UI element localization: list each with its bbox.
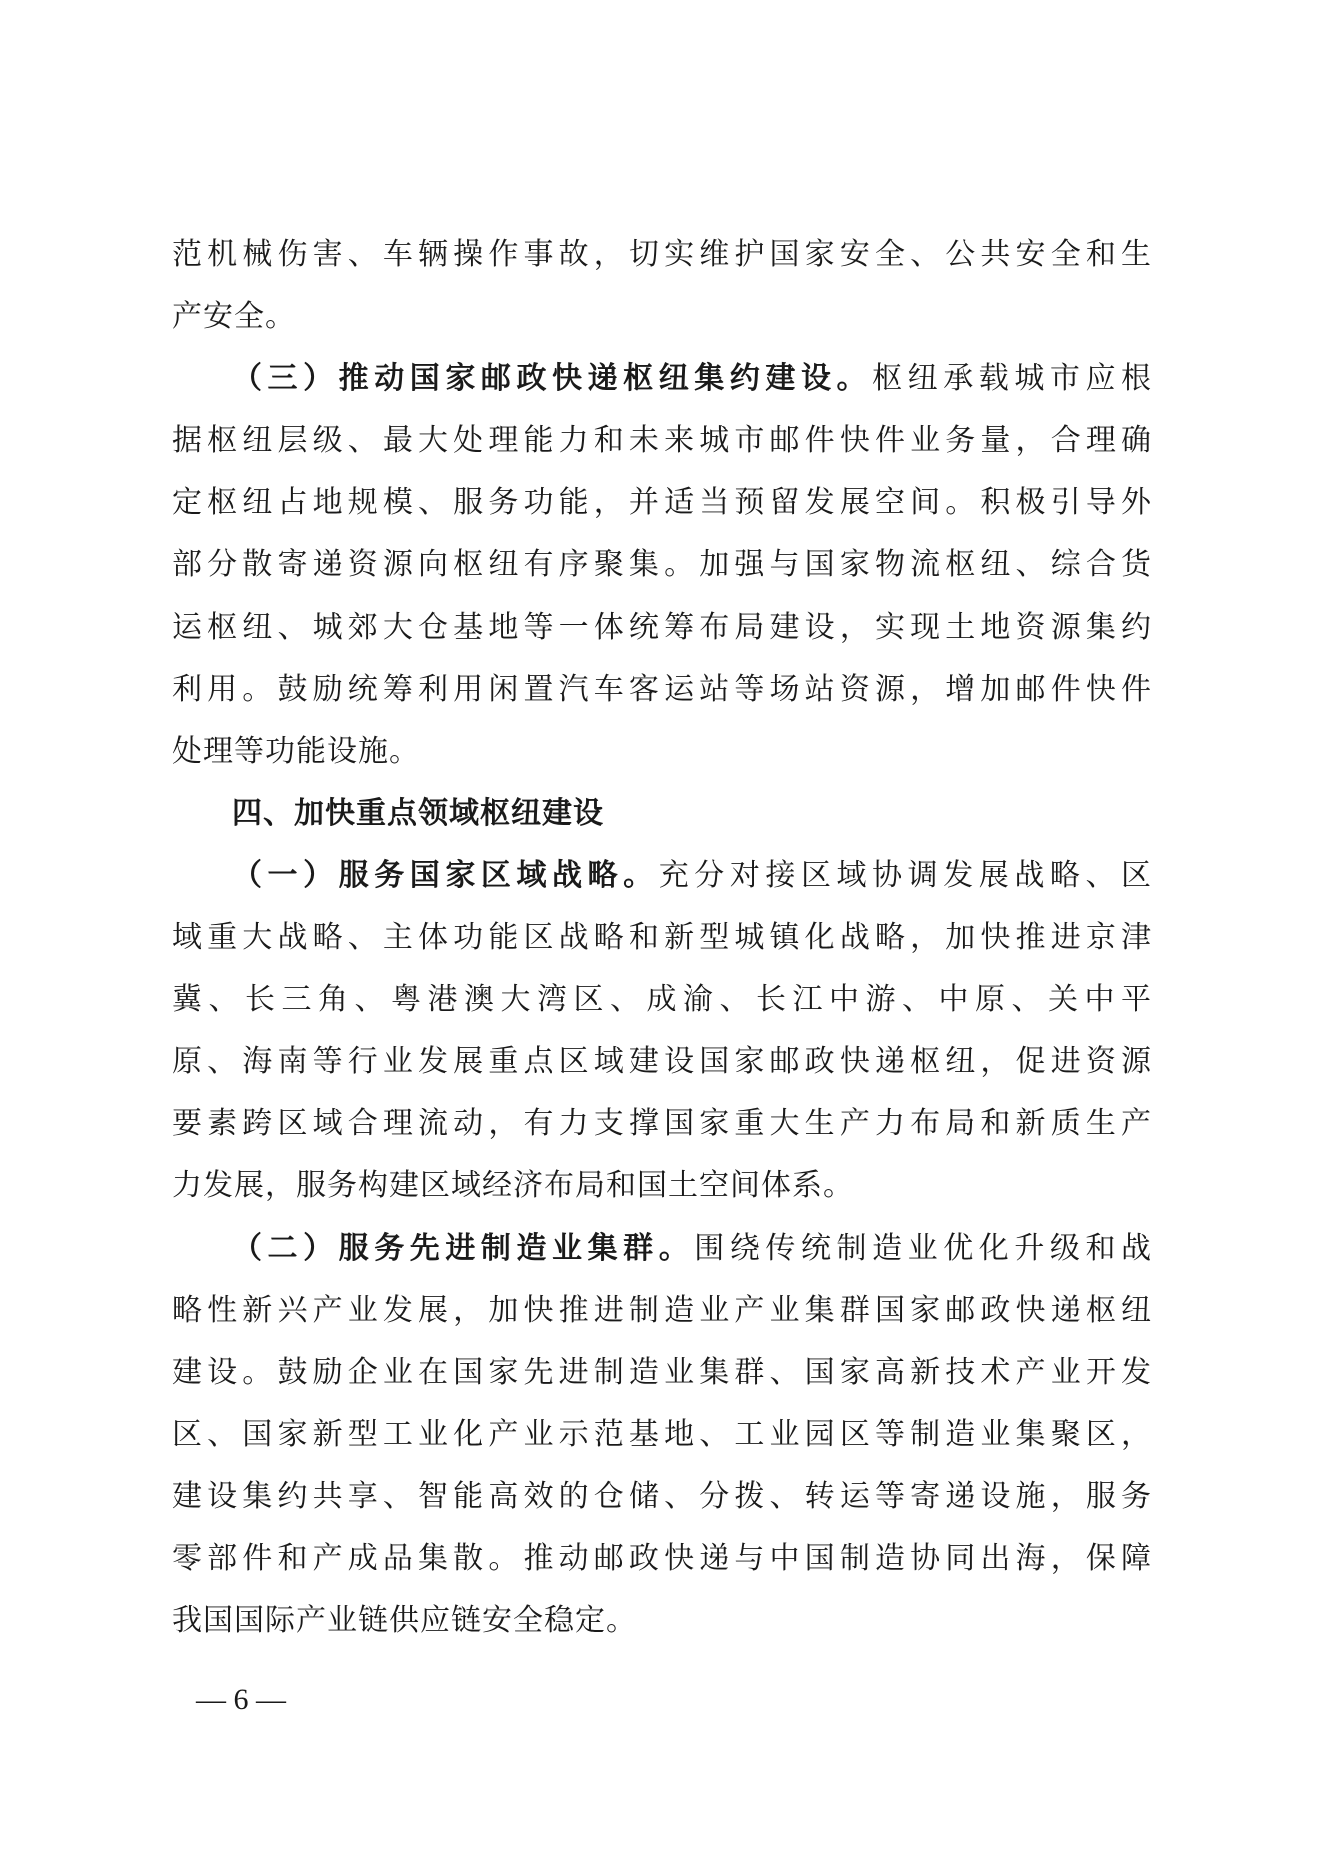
page-number: — 6 —: [196, 1680, 286, 1720]
document-page: 范机械伤害、车辆操作事故，切实维护国家安全、公共安全和生 产安全。 （三）推动国…: [0, 0, 1323, 1871]
paragraph-line: 零部件和产成品集散。推动邮政快递与中国制造协同出海，保障: [172, 1528, 1152, 1590]
document-body: 范机械伤害、车辆操作事故，切实维护国家安全、公共安全和生 产安全。 （三）推动国…: [172, 224, 1152, 1652]
section-2-title: （二）服务先进制造业集群。: [232, 1231, 694, 1266]
section-1-lead-line: （一）服务国家区域战略。充分对接区域协调发展战略、区: [172, 845, 1152, 907]
paragraph-line: 原、海南等行业发展重点区域建设国家邮政快递枢纽，促进资源: [172, 1031, 1152, 1093]
section-2-lead-line: （二）服务先进制造业集群。围绕传统制造业优化升级和战: [172, 1218, 1152, 1280]
paragraph-line: 我国国际产业链供应链安全稳定。: [172, 1590, 1152, 1652]
paragraph-line: 建设。鼓励企业在国家先进制造业集群、国家高新技术产业开发: [172, 1342, 1152, 1404]
paragraph-line: 域重大战略、主体功能区战略和新型城镇化战略，加快推进京津: [172, 907, 1152, 969]
paragraph-line: 定枢纽占地规模、服务功能，并适当预留发展空间。积极引导外: [172, 472, 1152, 534]
paragraph-line: 冀、长三角、粤港澳大湾区、成渝、长江中游、中原、关中平: [172, 969, 1152, 1031]
paragraph-line: 产安全。: [172, 286, 1152, 348]
paragraph-line: 据枢纽层级、最大处理能力和未来城市邮件快件业务量，合理确: [172, 410, 1152, 472]
chapter-heading: 四、加快重点领域枢纽建设: [172, 783, 1152, 845]
paragraph-line: 处理等功能设施。: [172, 721, 1152, 783]
paragraph-line: 力发展，服务构建区域经济布局和国土空间体系。: [172, 1155, 1152, 1217]
section-3-title: （三）推动国家邮政快递枢纽集约建设。: [232, 361, 872, 396]
paragraph-line: 运枢纽、城郊大仓基地等一体统筹布局建设，实现土地资源集约: [172, 597, 1152, 659]
paragraph-line: 范机械伤害、车辆操作事故，切实维护国家安全、公共安全和生: [172, 224, 1152, 286]
paragraph-line: 略性新兴产业发展，加快推进制造业产业集群国家邮政快递枢纽: [172, 1280, 1152, 1342]
section-1-title: （一）服务国家区域战略。: [232, 858, 659, 893]
paragraph-line: 部分散寄递资源向枢纽有序聚集。加强与国家物流枢纽、综合货: [172, 534, 1152, 596]
paragraph-line: 要素跨区域合理流动，有力支撑国家重大生产力布局和新质生产: [172, 1093, 1152, 1155]
paragraph-line: 区、国家新型工业化产业示范基地、工业园区等制造业集聚区，: [172, 1404, 1152, 1466]
paragraph-line: 建设集约共享、智能高效的仓储、分拨、转运等寄递设施，服务: [172, 1466, 1152, 1528]
paragraph-line: 利用。鼓励统筹利用闲置汽车客运站等场站资源，增加邮件快件: [172, 659, 1152, 721]
section-3-lead-line: （三）推动国家邮政快递枢纽集约建设。枢纽承载城市应根: [172, 348, 1152, 410]
